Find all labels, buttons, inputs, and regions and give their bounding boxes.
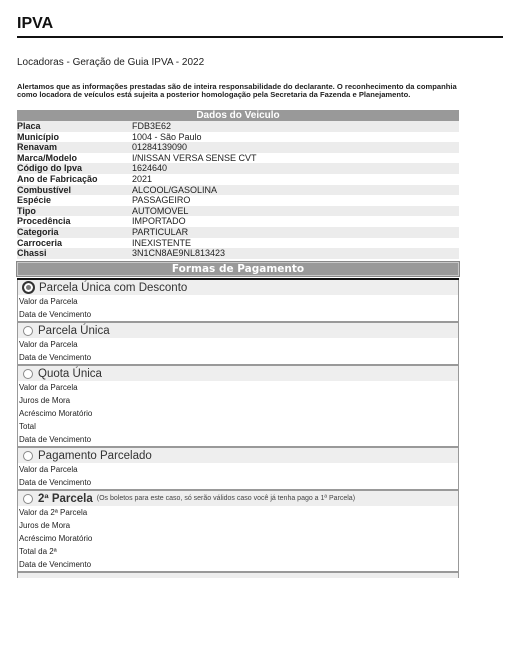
payment-option: Parcela Única com DescontoValor da Parce… [17, 280, 459, 323]
vehicle-row-label: Tipo [17, 206, 132, 217]
page-title: IPVA [17, 14, 503, 38]
payment-field-label: Juros de Mora [18, 519, 458, 532]
vehicle-row-label: Combustível [17, 185, 132, 196]
vehicle-row-value: FDB3E62 [132, 121, 171, 132]
vehicle-data-table: Dados do Veiculo PlacaFDB3E62Município10… [17, 110, 459, 259]
vehicle-row-label: Placa [17, 121, 132, 132]
payment-field-label: Data de Vencimento [18, 351, 458, 364]
payment-field-label: Valor da Parcela [18, 463, 458, 476]
payment-field-label: Data de Vencimento [18, 433, 458, 446]
payment-option-label: Pagamento Parcelado [38, 450, 152, 462]
payment-field-label: Data de Vencimento [18, 558, 458, 571]
payment-option: Pagamento ParceladoValor da ParcelaData … [17, 448, 459, 491]
vehicle-row-value: ALCOOL/GASOLINA [132, 185, 217, 196]
payment-option: 2ª Parcela(Os boletos para este caso, só… [17, 491, 459, 573]
radio-unchecked-icon[interactable] [23, 326, 33, 336]
vehicle-row-value: INEXISTENTE [132, 238, 191, 249]
radio-unchecked-icon[interactable] [23, 369, 33, 379]
vehicle-row-label: Espécie [17, 195, 132, 206]
payment-options: Formas de Pagamento Parcela Única com De… [17, 262, 459, 578]
payment-option-header[interactable]: Pagamento Parcelado [18, 448, 458, 463]
vehicle-row: Município1004 - São Paulo [17, 132, 459, 143]
vehicle-row: Marca/ModeloI/NISSAN VERSA SENSE CVT [17, 153, 459, 164]
radio-unchecked-icon[interactable] [23, 451, 33, 461]
vehicle-row-label: Procedência [17, 216, 132, 227]
radio-checked-icon[interactable] [22, 281, 35, 294]
payment-field-label: Acréscimo Moratório [18, 532, 458, 545]
vehicle-row-value: 01284139090 [132, 142, 187, 153]
payment-option-label: Quota Única [38, 368, 102, 380]
vehicle-row: CategoriaPARTICULAR [17, 227, 459, 238]
payment-option-header[interactable]: 2ª Parcela(Os boletos para este caso, só… [18, 491, 458, 506]
vehicle-row-value: I/NISSAN VERSA SENSE CVT [132, 153, 257, 164]
payment-option-header[interactable]: Parcela Única [18, 323, 458, 338]
vehicle-row-label: Carroceria [17, 238, 132, 249]
payment-option-list: Parcela Única com DescontoValor da Parce… [17, 280, 459, 573]
payment-field-label: Valor da Parcela [18, 338, 458, 351]
vehicle-row: CarroceriaINEXISTENTE [17, 238, 459, 249]
payment-option-partial [17, 573, 459, 578]
vehicle-row: Chassi3N1CN8AE9NL813423 [17, 248, 459, 259]
payment-field-label: Total da 2ª [18, 545, 458, 558]
vehicle-row: Renavam01284139090 [17, 142, 459, 153]
vehicle-row: EspéciePASSAGEIRO [17, 195, 459, 206]
vehicle-row-label: Código do Ipva [17, 163, 132, 174]
vehicle-row-value: PASSAGEIRO [132, 195, 190, 206]
vehicle-row-value: 2021 [132, 174, 152, 185]
payment-options-header: Formas de Pagamento [17, 262, 459, 276]
vehicle-row: TipoAUTOMOVEL [17, 206, 459, 217]
vehicle-row-label: Município [17, 132, 132, 143]
vehicle-row-label: Categoria [17, 227, 132, 238]
radio-unchecked-icon[interactable] [23, 494, 33, 504]
payment-field-label: Juros de Mora [18, 394, 458, 407]
payment-field-label: Total [18, 420, 458, 433]
vehicle-row: CombustívelALCOOL/GASOLINA [17, 185, 459, 196]
vehicle-data-header: Dados do Veiculo [17, 110, 459, 121]
payment-option-label: Parcela Única [38, 325, 110, 337]
vehicle-data-rows: PlacaFDB3E62Município1004 - São PauloRen… [17, 121, 459, 259]
payment-field-label: Data de Vencimento [18, 308, 458, 321]
vehicle-row-value: 3N1CN8AE9NL813423 [132, 248, 225, 259]
vehicle-row-value: IMPORTADO [132, 216, 186, 227]
payment-field-label: Valor da Parcela [18, 295, 458, 308]
vehicle-row: Ano de Fabricação2021 [17, 174, 459, 185]
vehicle-row-label: Chassi [17, 248, 132, 259]
payment-field-label: Data de Vencimento [18, 476, 458, 489]
vehicle-row-value: 1004 - São Paulo [132, 132, 202, 143]
vehicle-row-label: Renavam [17, 142, 132, 153]
page-subtitle: Locadoras - Geração de Guia IPVA - 2022 [17, 57, 204, 68]
vehicle-row-value: 1624640 [132, 163, 167, 174]
payment-option-note: (Os boletos para este caso, só serão vál… [97, 495, 355, 502]
payment-field-label: Acréscimo Moratório [18, 407, 458, 420]
payment-option: Quota ÚnicaValor da ParcelaJuros de Mora… [17, 366, 459, 448]
payment-option-header[interactable]: Parcela Única com Desconto [18, 280, 458, 295]
vehicle-row: Código do Ipva1624640 [17, 163, 459, 174]
vehicle-row-value: PARTICULAR [132, 227, 188, 238]
payment-field-label: Valor da 2ª Parcela [18, 506, 458, 519]
payment-option-label: Parcela Única com Desconto [39, 282, 187, 294]
vehicle-row: PlacaFDB3E62 [17, 121, 459, 132]
payment-option: Parcela ÚnicaValor da ParcelaData de Ven… [17, 323, 459, 366]
vehicle-row: ProcedênciaIMPORTADO [17, 216, 459, 227]
alert-text: Alertamos que as informações prestadas s… [17, 83, 457, 100]
vehicle-row-label: Ano de Fabricação [17, 174, 132, 185]
vehicle-row-value: AUTOMOVEL [132, 206, 188, 217]
payment-field-label: Valor da Parcela [18, 381, 458, 394]
payment-option-label: 2ª Parcela [38, 493, 93, 505]
payment-option-header[interactable]: Quota Única [18, 366, 458, 381]
vehicle-row-label: Marca/Modelo [17, 153, 132, 164]
